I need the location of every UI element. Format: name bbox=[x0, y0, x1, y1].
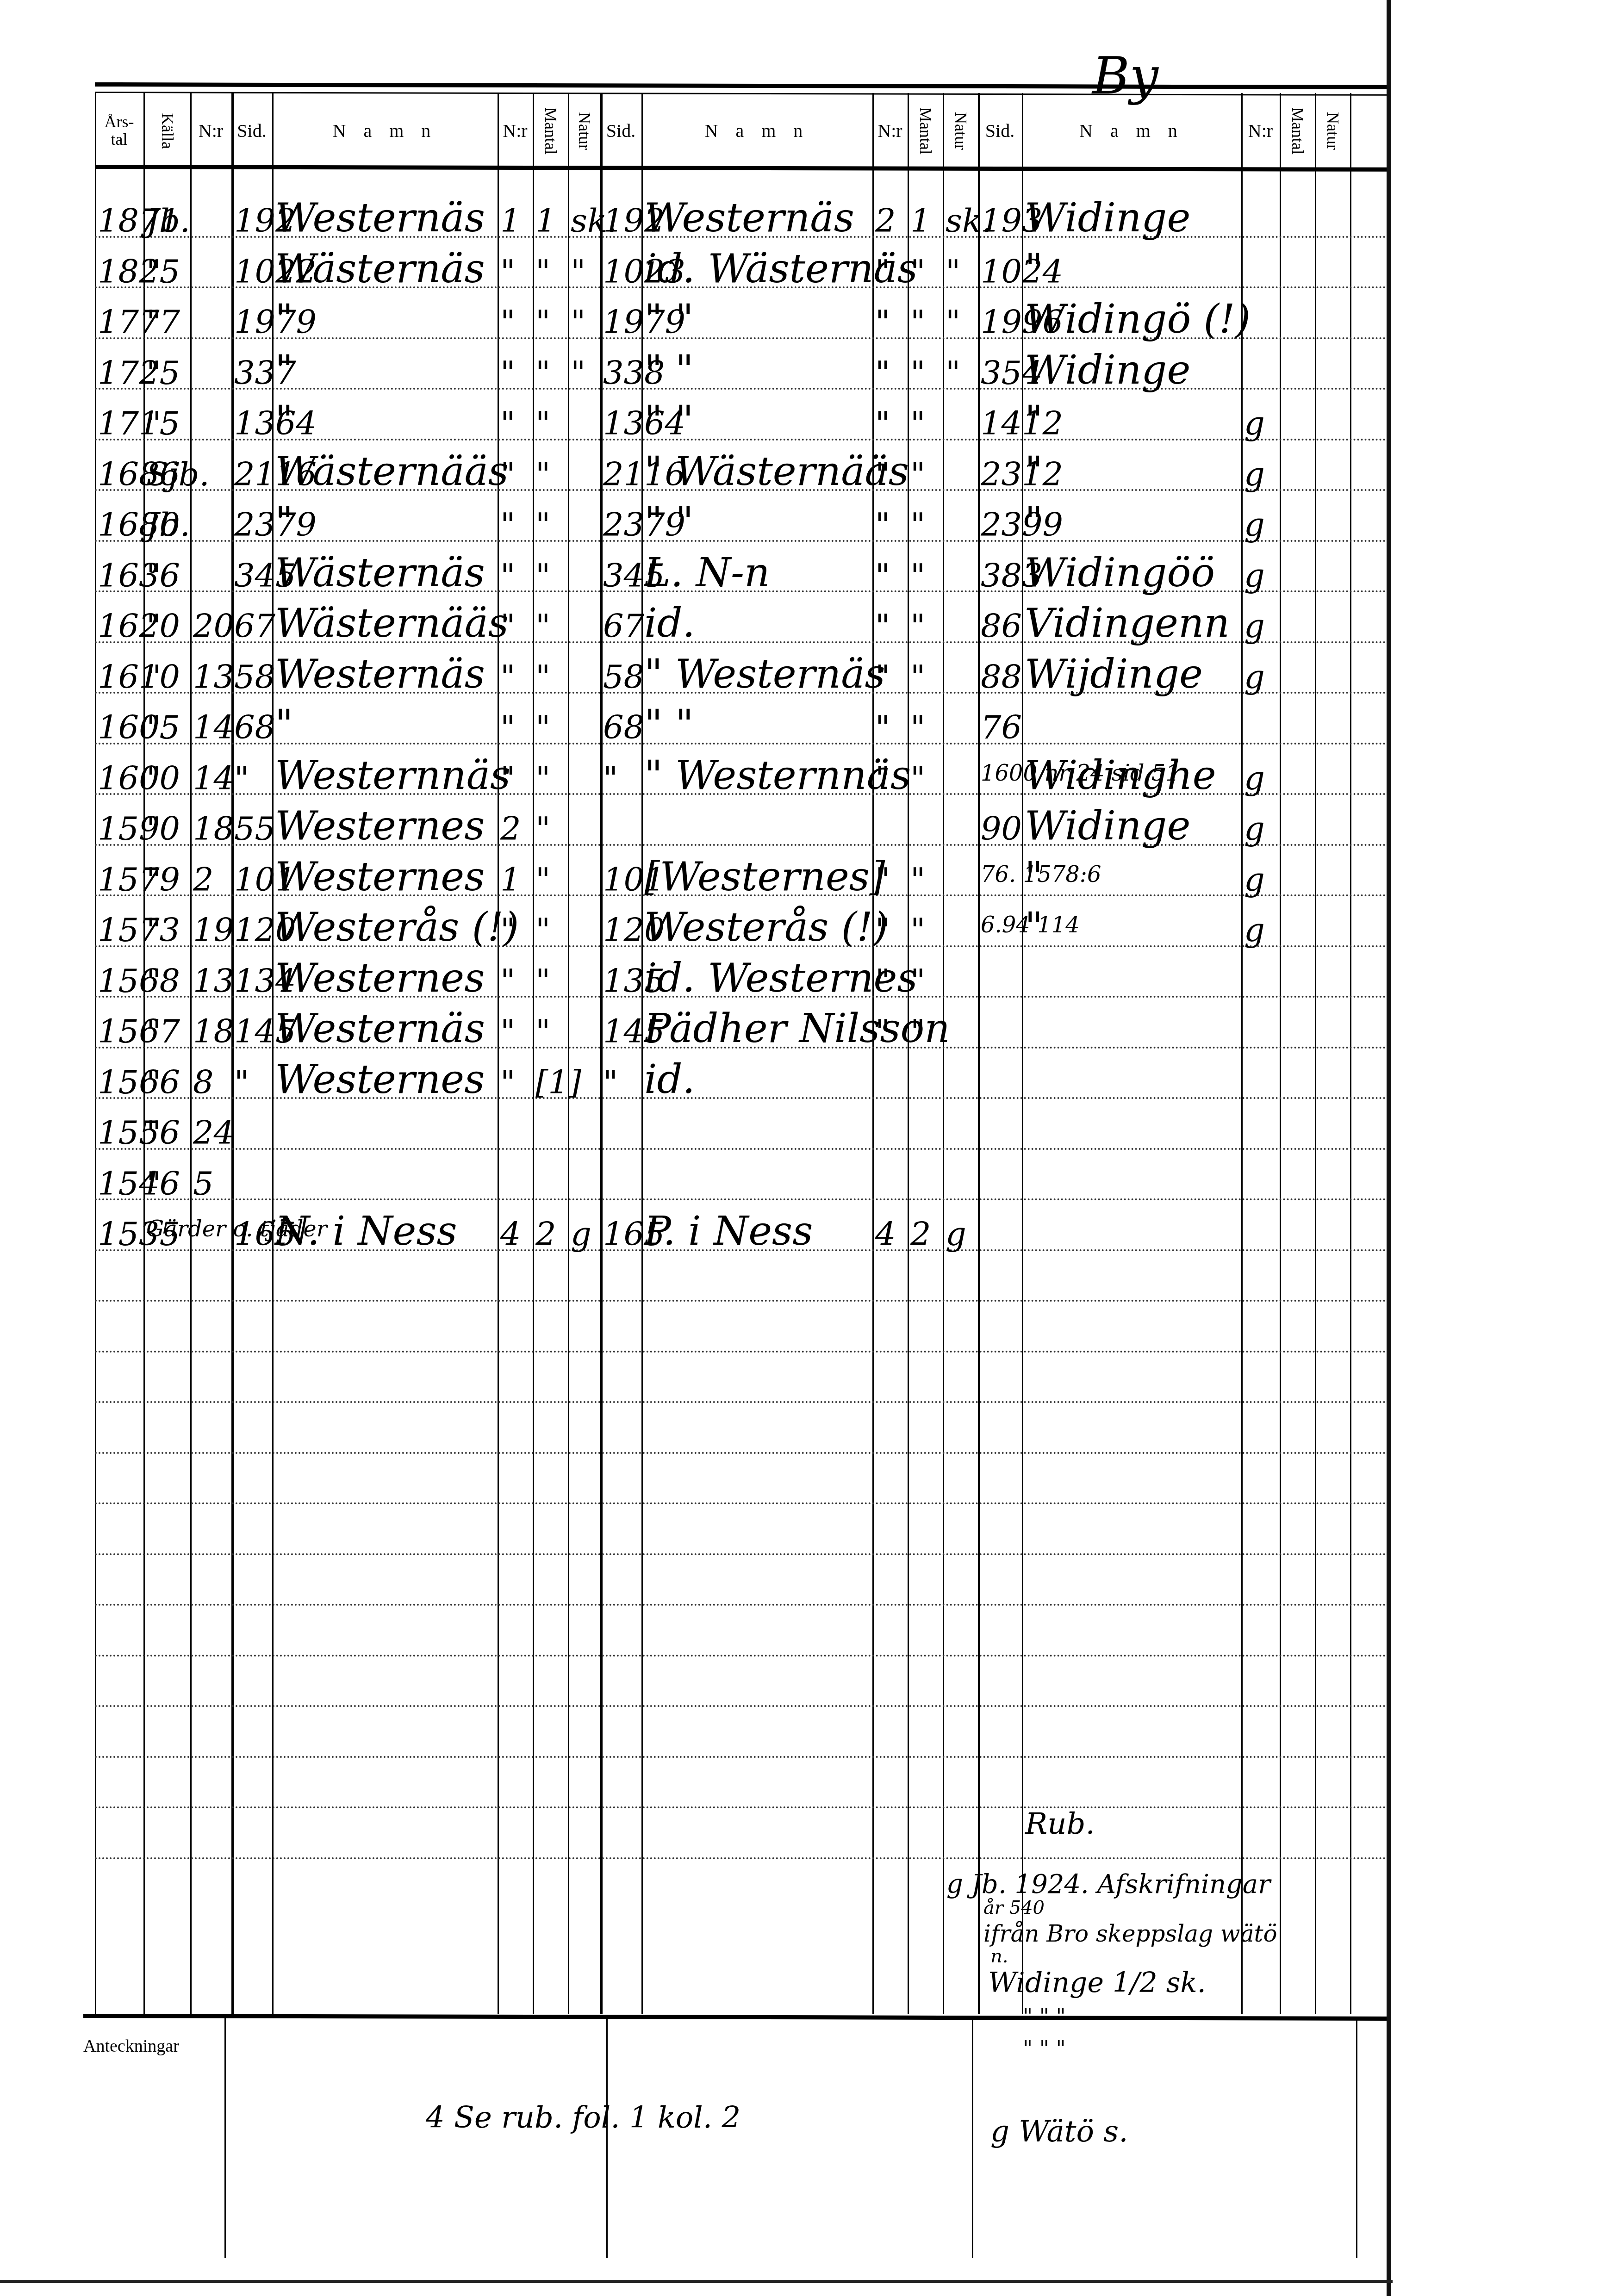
column-divider bbox=[95, 93, 96, 2014]
cell-nr: 13 bbox=[193, 965, 234, 997]
cell-mantal2: " bbox=[910, 914, 925, 946]
cell-mantal2: " bbox=[910, 610, 925, 642]
cell-source: " bbox=[146, 610, 161, 642]
cell-year: 1725 bbox=[98, 357, 180, 389]
cell-nr3: g bbox=[1244, 762, 1265, 794]
header-namn3: N a m n bbox=[1022, 97, 1241, 165]
cell-nr3: g bbox=[1244, 559, 1265, 592]
cell-nr1: " bbox=[500, 559, 515, 592]
top-rule bbox=[95, 82, 1387, 89]
header-label: N:r bbox=[199, 121, 223, 141]
cell-sid2: " bbox=[603, 762, 618, 794]
cell-namn3: " bbox=[1025, 907, 1043, 947]
column-divider bbox=[600, 93, 603, 2014]
cell-mantal2: " bbox=[910, 407, 925, 440]
cell-nr3: g bbox=[1244, 407, 1265, 440]
cell-natur1: g bbox=[571, 1218, 591, 1250]
cell-mantal2: " bbox=[910, 458, 925, 490]
cell-nr1: " bbox=[500, 762, 515, 794]
cell-namn2: P. i Ness bbox=[644, 1211, 813, 1251]
cell-source: Sjb. bbox=[146, 458, 210, 490]
cell-nr1: " bbox=[500, 306, 515, 338]
cell-sid2: " bbox=[603, 1066, 618, 1098]
cell-source: Jb. bbox=[146, 205, 190, 237]
header-namn1: N a m n bbox=[272, 97, 498, 165]
cell-source: " bbox=[146, 255, 161, 288]
cell-natur1: " bbox=[571, 306, 585, 338]
cell-mantal2: " bbox=[910, 255, 925, 288]
cell-nr: 18 bbox=[193, 1015, 234, 1048]
cell-nr: 8 bbox=[193, 1066, 214, 1098]
cell-namn2: id. bbox=[644, 1060, 695, 1099]
cell-mantal1: " bbox=[535, 965, 550, 997]
cell-mantal2: " bbox=[910, 863, 925, 896]
cell-sid1: 55 bbox=[234, 813, 275, 845]
header-label: N a m n bbox=[333, 121, 437, 141]
cell-source: " bbox=[146, 965, 161, 997]
cell-namn3: Widingöö bbox=[1025, 553, 1215, 593]
cell-mantal2: " bbox=[910, 559, 925, 592]
cell-mantal2: " bbox=[910, 711, 925, 744]
cell-natur2: g bbox=[946, 1218, 966, 1250]
column-divider bbox=[978, 93, 980, 2014]
cell-nr: 14 bbox=[193, 711, 234, 744]
cell-nr1: " bbox=[500, 965, 515, 997]
cell-source: " bbox=[146, 863, 161, 896]
cell-sid3: 1412 bbox=[981, 407, 1063, 440]
cell-year: 1573 bbox=[98, 914, 180, 946]
cell-mantal2: " bbox=[910, 509, 925, 541]
cell-mantal1: " bbox=[535, 762, 550, 794]
cell-mantal1: " bbox=[535, 559, 550, 592]
header-label: N a m n bbox=[705, 121, 809, 141]
column-divider bbox=[568, 93, 569, 2014]
cell-nr2: " bbox=[875, 458, 890, 490]
cell-namn3: Vidingenn bbox=[1025, 603, 1230, 643]
cell-mantal2: " bbox=[910, 965, 925, 997]
row-guide-line bbox=[95, 1502, 1387, 1504]
column-divider bbox=[1315, 93, 1316, 2014]
cell-mantal2: " bbox=[910, 762, 925, 794]
header-mantal1: Mantal bbox=[533, 97, 568, 165]
cell-nr3: g bbox=[1244, 610, 1265, 642]
header-namn2: N a m n bbox=[641, 97, 872, 165]
notes-label: Anteckningar bbox=[83, 2036, 179, 2056]
cell-namn1: " bbox=[275, 705, 293, 745]
cell-namn1: " bbox=[275, 401, 293, 441]
cell-natur1: " bbox=[571, 357, 585, 389]
cell-sid3: 88 bbox=[981, 661, 1022, 693]
cell-namn2: L. N-n bbox=[644, 553, 770, 593]
header-label: N:r bbox=[877, 121, 902, 141]
column-divider bbox=[943, 93, 944, 2014]
cell-nr1: " bbox=[500, 1066, 515, 1098]
cell-natur2: " bbox=[946, 357, 960, 389]
cell-year: 1605 bbox=[98, 711, 180, 744]
row-guide-line bbox=[95, 1857, 1387, 1859]
cell-namn1: Westernäs bbox=[275, 654, 485, 694]
column-divider bbox=[872, 93, 874, 2014]
cell-year: 1825 bbox=[98, 255, 180, 288]
cell-namn3: Wijdinge bbox=[1025, 654, 1203, 694]
column-divider bbox=[908, 93, 909, 2014]
header-label: N:r bbox=[503, 121, 527, 141]
header-mantal2: Mantal bbox=[908, 97, 943, 165]
cell-namn3: Widinge bbox=[1025, 198, 1190, 238]
header-label: Källa bbox=[158, 113, 176, 149]
cell-mantal1: " bbox=[535, 661, 550, 693]
cell-nr3: g bbox=[1244, 458, 1265, 490]
row-guide-line bbox=[95, 1553, 1387, 1555]
cell-source: " bbox=[146, 306, 161, 338]
header-label: Natur bbox=[1324, 112, 1341, 150]
cell-year: 1636 bbox=[98, 559, 180, 592]
cell-source: " bbox=[146, 1167, 161, 1200]
cell-mantal2: " bbox=[910, 306, 925, 338]
notes-rule bbox=[83, 2014, 1387, 2021]
column-divider bbox=[231, 93, 234, 2014]
cell-namn1: Wästernääs bbox=[275, 603, 509, 643]
cell-nr1: " bbox=[500, 1015, 515, 1048]
header-label: Sid. bbox=[606, 121, 635, 141]
note-right: g Wätö s. bbox=[990, 2115, 1128, 2149]
cell-mantal1: " bbox=[535, 914, 550, 946]
side-note-line5: Widinge 1/2 sk. bbox=[988, 1967, 1206, 1999]
cell-year: 1715 bbox=[98, 407, 180, 440]
cell-namn2: " " bbox=[644, 299, 693, 339]
cell-sid2: 68 bbox=[603, 711, 644, 744]
village-label: By bbox=[1092, 46, 1158, 105]
cell-sid1: " bbox=[234, 1066, 249, 1098]
cell-year: 1546 bbox=[98, 1167, 180, 1200]
side-note-line6: " " " bbox=[1023, 2004, 1066, 2029]
header-label: N a m n bbox=[1079, 121, 1184, 141]
cell-sid3: 2399 bbox=[981, 509, 1063, 541]
column-divider bbox=[533, 93, 534, 2014]
cell-nr: 24 bbox=[193, 1117, 234, 1149]
notes-divider bbox=[224, 2017, 226, 2258]
cell-mantal1: " bbox=[535, 509, 550, 541]
cell-namn2: Westerås (!) bbox=[644, 907, 888, 947]
cell-namn3: Widingö (!) bbox=[1025, 299, 1251, 339]
header-source: Källa bbox=[143, 97, 190, 165]
cell-sid2: 67 bbox=[603, 610, 644, 642]
cell-source: " bbox=[146, 559, 161, 592]
cell-mantal1: " bbox=[535, 863, 550, 896]
cell-namn1: Wästernäs bbox=[275, 249, 485, 289]
cell-namn1: Wästernäs bbox=[275, 553, 485, 593]
cell-namn2: " Wästernääs bbox=[644, 452, 909, 491]
header-natur1: Natur bbox=[568, 97, 600, 165]
header-nr: N:r bbox=[190, 97, 231, 165]
cell-sid3: 1024 bbox=[981, 255, 1063, 288]
cell-nr2: " bbox=[875, 1015, 890, 1048]
cell-namn3: Widinge bbox=[1025, 350, 1190, 390]
cell-nr1: 1 bbox=[500, 863, 521, 896]
header-year: Års- tal bbox=[95, 97, 143, 165]
cell-nr3: g bbox=[1244, 863, 1265, 896]
cell-year: 1568 bbox=[98, 965, 180, 997]
cell-nr: 14 bbox=[193, 762, 234, 794]
cell-year: 1610 bbox=[98, 661, 180, 693]
cell-nr1: " bbox=[500, 458, 515, 490]
cell-nr3: g bbox=[1244, 509, 1265, 541]
cell-nr: 13 bbox=[193, 661, 234, 693]
cell-nr2: " bbox=[875, 610, 890, 642]
cell-mantal2: 2 bbox=[910, 1218, 931, 1250]
cell-nr3: g bbox=[1244, 813, 1265, 845]
cell-namn3: " bbox=[1025, 857, 1043, 897]
cell-sid1: 58 bbox=[234, 661, 275, 693]
page-bottom-border bbox=[0, 2280, 1393, 2283]
header-label: N:r bbox=[1248, 121, 1273, 141]
header-sid1: Sid. bbox=[231, 97, 272, 165]
cell-namn2: Pädher Nilsson bbox=[644, 1009, 950, 1049]
cell-namn2: " " bbox=[644, 502, 693, 542]
cell-source: Jb. bbox=[146, 509, 190, 541]
cell-mantal2: " bbox=[910, 357, 925, 389]
cell-sid3: 2312 bbox=[981, 458, 1063, 490]
cell-nr2: " bbox=[875, 559, 890, 592]
column-divider bbox=[1241, 93, 1243, 2014]
header-label: Natur bbox=[575, 112, 593, 150]
row-guide-line bbox=[95, 1300, 1387, 1302]
cell-sid1: 67 bbox=[234, 610, 275, 642]
side-note-line1: g Jb. 1924. Afskrifningar bbox=[946, 1869, 1270, 1899]
cell-mantal1: " bbox=[535, 255, 550, 288]
cell-nr: 19 bbox=[193, 914, 234, 946]
cell-mantal2: " bbox=[910, 1015, 925, 1048]
row-guide-line bbox=[95, 1401, 1387, 1403]
cell-namn1: " bbox=[275, 350, 293, 390]
cell-mantal1: " bbox=[535, 813, 550, 845]
cell-namn1: Westernnäs bbox=[275, 756, 510, 795]
cell-sid3: 86 bbox=[981, 610, 1022, 642]
cell-nr2: " bbox=[875, 863, 890, 896]
side-note-rub: Rub. bbox=[1025, 1807, 1095, 1841]
cell-sid3: 76 bbox=[981, 711, 1022, 744]
cell-source: " bbox=[146, 407, 161, 440]
cell-namn1: Westerås (!) bbox=[275, 907, 519, 947]
cell-namn3: Widinghe bbox=[1025, 756, 1216, 795]
row-guide-line bbox=[95, 1806, 1387, 1808]
side-note-line3: ifrån Bro skeppslag wätö bbox=[983, 1920, 1277, 1947]
column-divider bbox=[1350, 93, 1351, 2014]
cell-namn1: Westernes bbox=[275, 958, 485, 998]
cell-namn3: Widinge bbox=[1025, 806, 1190, 846]
cell-nr2: 2 bbox=[875, 205, 896, 237]
header-mantal3: Mantal bbox=[1280, 97, 1315, 165]
cell-nr1: 2 bbox=[500, 813, 521, 845]
cell-namn3: " bbox=[1025, 401, 1043, 441]
header-label: Sid. bbox=[237, 121, 266, 141]
cell-natur2: " bbox=[946, 255, 960, 288]
header-label: Mantal bbox=[541, 107, 559, 155]
column-divider bbox=[498, 93, 499, 2014]
cell-namn2: Westernäs bbox=[644, 198, 854, 238]
side-note-line7: " " " bbox=[1023, 2036, 1066, 2061]
cell-mantal1: " bbox=[535, 306, 550, 338]
cell-mantal2: " bbox=[910, 661, 925, 693]
cell-namn2: " " bbox=[644, 401, 693, 441]
row-guide-line bbox=[95, 1351, 1387, 1353]
cell-namn1: Westernes bbox=[275, 806, 485, 846]
cell-year: 1566 bbox=[98, 1066, 180, 1098]
cell-namn1: Wästernääs bbox=[275, 452, 509, 491]
cell-year: 1600 bbox=[98, 762, 180, 794]
cell-source: " bbox=[146, 661, 161, 693]
side-note-line2: år 540 bbox=[983, 1897, 1045, 1918]
column-divider bbox=[1280, 93, 1281, 2014]
cell-source: " bbox=[146, 1015, 161, 1048]
cell-mantal1: 2 bbox=[535, 1218, 556, 1250]
cell-year: 1590 bbox=[98, 813, 180, 845]
cell-nr1: " bbox=[500, 357, 515, 389]
cell-source: " bbox=[146, 1117, 161, 1149]
cell-mantal1: " bbox=[535, 1015, 550, 1048]
header-nr3: N:r bbox=[1241, 97, 1280, 165]
cell-nr: 18 bbox=[193, 813, 234, 845]
cell-namn2: " Westernnäs bbox=[644, 756, 911, 795]
cell-namn2: id. bbox=[644, 603, 695, 643]
cell-namn3: " bbox=[1025, 502, 1043, 542]
cell-year: 1620 bbox=[98, 610, 180, 642]
cell-sid1: 68 bbox=[234, 711, 275, 744]
cell-natur2: " bbox=[946, 306, 960, 338]
cell-year: 1579 bbox=[98, 863, 180, 896]
cell-nr3: g bbox=[1244, 661, 1265, 693]
cell-nr: 2 bbox=[193, 863, 214, 896]
cell-nr2: " bbox=[875, 762, 890, 794]
row-guide-line bbox=[95, 1655, 1387, 1657]
cell-source: " bbox=[146, 357, 161, 389]
cell-sid1: " bbox=[234, 762, 249, 794]
header-label: Natur bbox=[952, 112, 969, 150]
cell-namn2: [Westernes] bbox=[644, 857, 885, 897]
cell-namn3: " bbox=[1025, 452, 1043, 491]
cell-namn1: Westernäs bbox=[275, 1009, 485, 1049]
cell-namn2: " " bbox=[644, 705, 693, 745]
cell-nr1: " bbox=[500, 509, 515, 541]
header-label: Mantal bbox=[916, 107, 934, 155]
column-divider bbox=[190, 93, 192, 2014]
cell-nr1: 4 bbox=[500, 1218, 521, 1250]
header-natur2: Natur bbox=[943, 97, 978, 165]
notes-divider bbox=[1356, 2017, 1357, 2258]
cell-nr1: " bbox=[500, 610, 515, 642]
header-label: Mantal bbox=[1288, 107, 1306, 155]
cell-namn2: " " bbox=[644, 350, 693, 390]
cell-nr1: 1 bbox=[500, 205, 521, 237]
cell-source: " bbox=[146, 813, 161, 845]
cell-source: " bbox=[146, 1066, 161, 1098]
cell-nr1: " bbox=[500, 255, 515, 288]
page-right-border bbox=[1387, 0, 1391, 2296]
header-natur3: Natur bbox=[1315, 97, 1350, 165]
cell-nr2: " bbox=[875, 509, 890, 541]
header-sid3: Sid. bbox=[978, 97, 1022, 165]
cell-mantal1: 1 bbox=[535, 205, 556, 237]
note-left: 4 Se rub. fol. 1 kol. 2 bbox=[426, 2101, 740, 2135]
header-sid2: Sid. bbox=[600, 97, 641, 165]
top-rule-thin bbox=[95, 92, 1387, 96]
cell-sid3: 90 bbox=[981, 813, 1022, 845]
cell-nr2: 4 bbox=[875, 1218, 896, 1250]
cell-nr1: " bbox=[500, 661, 515, 693]
header-label: Års- tal bbox=[105, 113, 134, 149]
side-note-line4: n. bbox=[990, 1946, 1008, 1967]
cell-nr2: " bbox=[875, 965, 890, 997]
cell-mantal1: " bbox=[535, 407, 550, 440]
cell-namn1: N. i Ness bbox=[275, 1211, 457, 1251]
cell-mantal1: " bbox=[535, 610, 550, 642]
cell-nr2: " bbox=[875, 661, 890, 693]
cell-nr2: " bbox=[875, 914, 890, 946]
header-rule bbox=[95, 165, 1387, 172]
cell-year: 1567 bbox=[98, 1015, 180, 1048]
cell-namn1: Westernes bbox=[275, 857, 485, 897]
notes-divider bbox=[606, 2017, 608, 2258]
header-nr1: N:r bbox=[498, 97, 533, 165]
cell-namn1: " bbox=[275, 299, 293, 339]
cell-mantal1: " bbox=[535, 357, 550, 389]
row-guide-line bbox=[95, 1198, 1387, 1200]
cell-nr1: " bbox=[500, 407, 515, 440]
cell-mantal1: [1] bbox=[535, 1066, 581, 1098]
cell-nr1: " bbox=[500, 914, 515, 946]
cell-nr3: g bbox=[1244, 914, 1265, 946]
notes-divider bbox=[972, 2017, 973, 2258]
cell-sid2: 58 bbox=[603, 661, 644, 693]
row-guide-line bbox=[95, 1452, 1387, 1454]
cell-mantal1: " bbox=[535, 458, 550, 490]
header-label: Sid. bbox=[985, 121, 1014, 141]
row-guide-line bbox=[95, 1756, 1387, 1758]
ledger-page: By Års- talKällaN:rSid.N a m nN:rMantalN… bbox=[0, 0, 1624, 2296]
cell-nr2: " bbox=[875, 306, 890, 338]
cell-nr1: " bbox=[500, 711, 515, 744]
cell-mantal2: 1 bbox=[910, 205, 931, 237]
header-nr2: N:r bbox=[872, 97, 908, 165]
cell-namn1: " bbox=[275, 502, 293, 542]
row-guide-line bbox=[95, 1604, 1387, 1606]
cell-nr2: " bbox=[875, 407, 890, 440]
cell-source: " bbox=[146, 762, 161, 794]
cell-nr: 5 bbox=[193, 1167, 214, 1200]
row-guide-line bbox=[95, 1148, 1387, 1150]
cell-nr: 20 bbox=[193, 610, 234, 642]
cell-nr2: " bbox=[875, 357, 890, 389]
cell-source: " bbox=[146, 711, 161, 744]
cell-namn3: " bbox=[1025, 249, 1043, 289]
cell-nr2: " bbox=[875, 255, 890, 288]
cell-natur1: " bbox=[571, 255, 585, 288]
cell-namn1: Westernäs bbox=[275, 198, 485, 238]
cell-namn2: " Westernäs bbox=[644, 654, 885, 694]
cell-mantal1: " bbox=[535, 711, 550, 744]
cell-year: 1556 bbox=[98, 1117, 180, 1149]
cell-year: 1777 bbox=[98, 306, 180, 338]
row-guide-line bbox=[95, 1705, 1387, 1707]
cell-nr2: " bbox=[875, 711, 890, 744]
cell-source: " bbox=[146, 914, 161, 946]
cell-namn1: Westernes bbox=[275, 1060, 485, 1099]
